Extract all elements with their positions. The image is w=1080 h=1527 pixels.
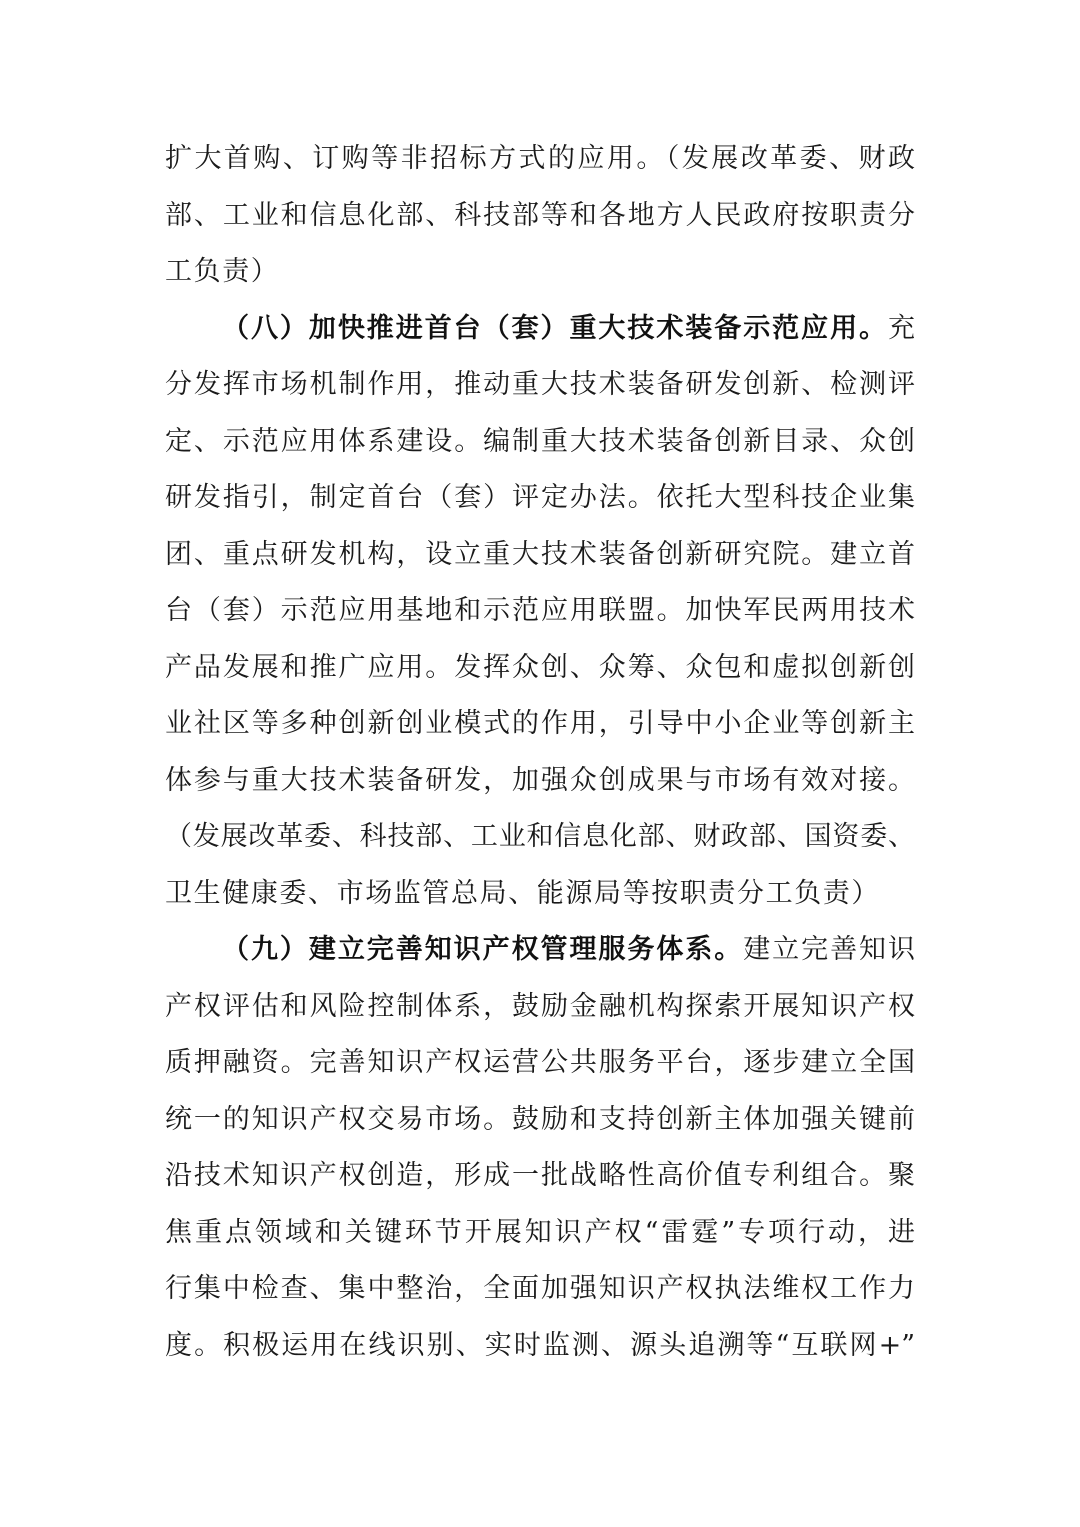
text-line: 研发指引，制定首台（套）评定办法。依托大型科技企业集 [165, 470, 915, 527]
text-line: 产权评估和风险控制体系，鼓励金融机构探索开展知识产权 [165, 979, 915, 1036]
text-line: 工负责） [165, 244, 915, 301]
heading-line-rest: 建立完善知识 [743, 934, 915, 965]
section-heading-line: （八）加快推进首台（套）重大技术装备示范应用。充 [165, 301, 915, 358]
text-line: 台（套）示范应用基地和示范应用联盟。加快军民两用技术 [165, 583, 915, 640]
text-line: 统一的知识产权交易市场。鼓励和支持创新主体加强关键前 [165, 1092, 915, 1149]
text-line: 焦重点领域和关键环节开展知识产权“雷霆”专项行动，进 [165, 1205, 915, 1262]
text-line: 质押融资。完善知识产权运营公共服务平台，逐步建立全国 [165, 1035, 915, 1092]
text-line: 定、示范应用体系建设。编制重大技术装备创新目录、众创 [165, 414, 915, 471]
text-line: 业社区等多种创新创业模式的作用，引导中小企业等创新主 [165, 696, 915, 753]
text-line: 部、工业和信息化部、科技部等和各地方人民政府按职责分 [165, 188, 915, 245]
text-line: 沿技术知识产权创造，形成一批战略性高价值专利组合。聚 [165, 1148, 915, 1205]
text-line: 团、重点研发机构，设立重大技术装备创新研究院。建立首 [165, 527, 915, 584]
section-heading-line: （九）建立完善知识产权管理服务体系。建立完善知识 [165, 922, 915, 979]
text-line: 体参与重大技术装备研发，加强众创成果与市场有效对接。 [165, 753, 915, 810]
paragraph-continuation: 扩大首购、订购等非招标方式的应用。（发展改革委、财政 部、工业和信息化部、科技部… [165, 131, 915, 301]
section-heading-9: （九）建立完善知识产权管理服务体系。 [222, 934, 743, 965]
text-line: 扩大首购、订购等非招标方式的应用。（发展改革委、财政 [165, 131, 915, 188]
section-heading-8: （八）加快推进首台（套）重大技术装备示范应用。 [222, 313, 888, 344]
text-line: 产品发展和推广应用。发挥众创、众筹、众包和虚拟创新创 [165, 640, 915, 697]
document-page: 扩大首购、订购等非招标方式的应用。（发展改革委、财政 部、工业和信息化部、科技部… [165, 131, 915, 1374]
text-line: 卫生健康委、市场监管总局、能源局等按职责分工负责） [165, 866, 915, 923]
text-line: （发展改革委、科技部、工业和信息化部、财政部、国资委、 [165, 809, 915, 866]
text-line: 行集中检查、集中整治，全面加强知识产权执法维权工作力 [165, 1261, 915, 1318]
paragraph-section-8: （八）加快推进首台（套）重大技术装备示范应用。充 分发挥市场机制作用，推动重大技… [165, 301, 915, 923]
text-line: 度。积极运用在线识别、实时监测、源头追溯等“互联网+” [165, 1318, 915, 1375]
text-line: 分发挥市场机制作用，推动重大技术装备研发创新、检测评 [165, 357, 915, 414]
paragraph-section-9: （九）建立完善知识产权管理服务体系。建立完善知识 产权评估和风险控制体系，鼓励金… [165, 922, 915, 1374]
heading-line-rest: 充 [888, 313, 915, 344]
